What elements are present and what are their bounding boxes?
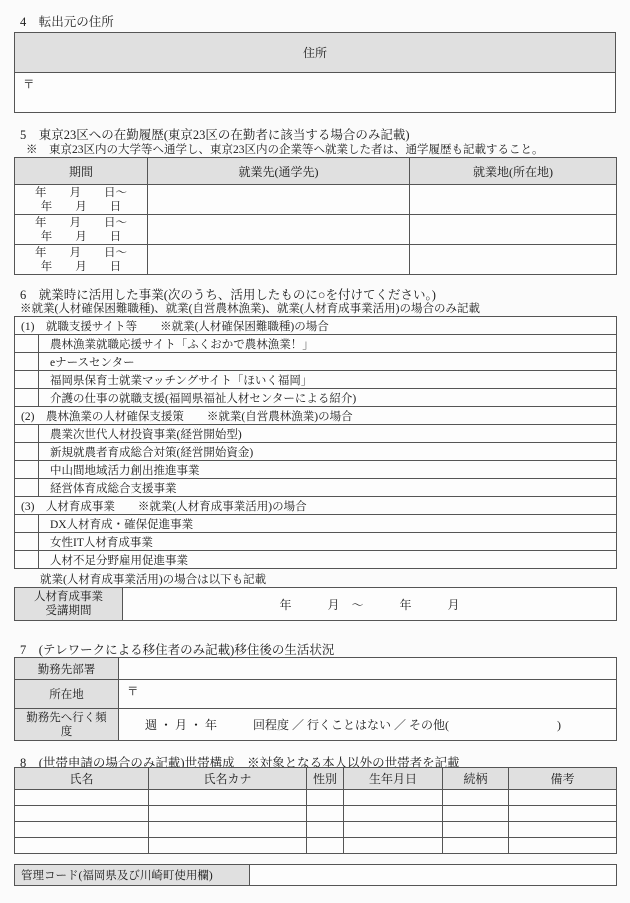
program-item-label: 福岡県保育士就業マッチングサイト「ほいく福岡」 [39, 371, 617, 389]
section4-heading: 4 転出元の住所 [20, 12, 114, 30]
workplace-input-cell[interactable] [148, 215, 410, 245]
col-header-name: 氏名 [15, 768, 149, 790]
training-followup-note: 就業(人材育成事業活用)の場合は以下も記載 [40, 571, 266, 587]
household-member-row [15, 822, 617, 838]
col-header-period: 期間 [15, 158, 148, 185]
program-item-label: 人材不足分野雇用促進事業 [39, 551, 617, 569]
program-item-label: 農林漁業就職応援サイト「ふくおかで農林漁業！」 [39, 335, 617, 353]
sex-input-cell[interactable] [307, 790, 344, 806]
name-input-cell[interactable] [15, 822, 149, 838]
program-group-1-header: (1) 就職支援サイト等 ※就業(人材確保困難職種)の場合 [15, 317, 617, 335]
sex-input-cell[interactable] [307, 838, 344, 854]
household-member-row [15, 790, 617, 806]
circle-mark-cell[interactable] [15, 479, 39, 497]
program-row: 農林漁業就職応援サイト「ふくおかで農林漁業！」 [15, 335, 617, 353]
remarks-input-cell[interactable] [509, 838, 617, 854]
remarks-input-cell[interactable] [509, 822, 617, 838]
circle-mark-cell[interactable] [15, 515, 39, 533]
program-row: 経営体育成総合支援事業 [15, 479, 617, 497]
remarks-input-cell[interactable] [509, 790, 617, 806]
household-member-row [15, 806, 617, 822]
relationship-input-cell[interactable] [443, 838, 509, 854]
relationship-input-cell[interactable] [443, 790, 509, 806]
sex-input-cell[interactable] [307, 822, 344, 838]
section5-note: ※ 東京23区内の大学等へ通学し、東京23区内の企業等へ就業した者は、通学履歴も… [26, 141, 544, 157]
period-cell[interactable]: 年 月 日～年 月 日 [15, 215, 148, 245]
section6-note: ※就業(人材確保困難職種)、就業(自営農林漁業)、就業(人材育成事業活用)の場合… [20, 300, 480, 316]
name-kana-input-cell[interactable] [149, 822, 307, 838]
program-row: 中山間地域活力創出推進事業 [15, 461, 617, 479]
program-row: eナースセンター [15, 353, 617, 371]
circle-mark-cell[interactable] [15, 461, 39, 479]
form-page: 4 転出元の住所 住所 〒 5 東京23区への在勤履歴(東京23区の在勤者に該当… [0, 0, 630, 903]
department-label: 勤務先部署 [15, 658, 119, 680]
relationship-input-cell[interactable] [443, 822, 509, 838]
program-item-label: 農業次世代人材投資事業(経営開始型) [39, 425, 617, 443]
program-row: DX人材育成・確保促進事業 [15, 515, 617, 533]
section7-heading: 7 (テレワークによる移住者のみ記載)移住後の生活状況 [20, 640, 334, 658]
office-location-label: 所在地 [15, 680, 119, 709]
telework-status-table: 勤務先部署 所在地 〒 勤務先へ行く頻度 週 ・ 月 ・ 年 回程度 ／ 行くこ… [14, 657, 617, 741]
location-input-cell[interactable] [410, 185, 617, 215]
training-period-input-cell[interactable]: 年 月 ～ 年 月 [123, 588, 617, 621]
address-column-header: 住所 [15, 33, 616, 73]
admin-code-table: 管理コード(福岡県及び川崎町使用欄) [14, 864, 617, 886]
period-cell[interactable]: 年 月 日～年 月 日 [15, 245, 148, 275]
program-row: 人材不足分野雇用促進事業 [15, 551, 617, 569]
name-kana-input-cell[interactable] [149, 838, 307, 854]
previous-address-table: 住所 〒 [14, 32, 616, 113]
work-history-table: 期間 就業先(通学先) 就業地(所在地) 年 月 日～年 月 日 年 月 日～年… [14, 157, 617, 275]
location-input-cell[interactable] [410, 245, 617, 275]
birthdate-input-cell[interactable] [344, 806, 443, 822]
circle-mark-cell[interactable] [15, 371, 39, 389]
relationship-input-cell[interactable] [443, 806, 509, 822]
col-header-relationship: 続柄 [443, 768, 509, 790]
household-table: 氏名 氏名カナ 性別 生年月日 続柄 備考 [14, 767, 617, 854]
program-item-label: 新規就農者育成総合対策(経営開始資金) [39, 443, 617, 461]
program-row: 新規就農者育成総合対策(経営開始資金) [15, 443, 617, 461]
program-group-2-header: (2) 農林漁業の人材確保支援策 ※就業(自営農林漁業)の場合 [15, 407, 617, 425]
department-input-cell[interactable] [119, 658, 617, 680]
work-history-row: 年 月 日～年 月 日 [15, 245, 617, 275]
circle-mark-cell[interactable] [15, 443, 39, 461]
remarks-input-cell[interactable] [509, 806, 617, 822]
name-input-cell[interactable] [15, 806, 149, 822]
circle-mark-cell[interactable] [15, 389, 39, 407]
utilized-programs-table: (1) 就職支援サイト等 ※就業(人材確保困難職種)の場合 農林漁業就職応援サイ… [14, 316, 617, 569]
admin-code-label: 管理コード(福岡県及び川崎町使用欄) [15, 865, 250, 886]
program-row: 農業次世代人材投資事業(経営開始型) [15, 425, 617, 443]
commute-frequency-input-cell[interactable]: 週 ・ 月 ・ 年 回程度 ／ 行くことはない ／ その他( ) [119, 709, 617, 741]
circle-mark-cell[interactable] [15, 353, 39, 371]
col-header-sex: 性別 [307, 768, 344, 790]
col-header-remarks: 備考 [509, 768, 617, 790]
circle-mark-cell[interactable] [15, 335, 39, 353]
admin-code-input-cell[interactable] [250, 865, 617, 886]
birthdate-input-cell[interactable] [344, 838, 443, 854]
col-header-name-kana: 氏名カナ [149, 768, 307, 790]
col-header-location: 就業地(所在地) [410, 158, 617, 185]
program-item-label: DX人材育成・確保促進事業 [39, 515, 617, 533]
previous-address-input-cell[interactable]: 〒 [15, 73, 616, 113]
name-input-cell[interactable] [15, 838, 149, 854]
circle-mark-cell[interactable] [15, 425, 39, 443]
commute-frequency-label: 勤務先へ行く頻度 [15, 709, 119, 741]
name-kana-input-cell[interactable] [149, 790, 307, 806]
training-period-table: 人材育成事業 受講期間 年 月 ～ 年 月 [14, 587, 617, 621]
office-location-input-cell[interactable]: 〒 [119, 680, 617, 709]
program-row: 女性IT人材育成事業 [15, 533, 617, 551]
name-kana-input-cell[interactable] [149, 806, 307, 822]
program-item-label: eナースセンター [39, 353, 617, 371]
program-item-label: 女性IT人材育成事業 [39, 533, 617, 551]
workplace-input-cell[interactable] [148, 185, 410, 215]
location-input-cell[interactable] [410, 215, 617, 245]
circle-mark-cell[interactable] [15, 533, 39, 551]
program-item-label: 中山間地域活力創出推進事業 [39, 461, 617, 479]
col-header-birthdate: 生年月日 [344, 768, 443, 790]
program-group-3-header: (3) 人材育成事業 ※就業(人材育成事業活用)の場合 [15, 497, 617, 515]
name-input-cell[interactable] [15, 790, 149, 806]
training-period-label: 人材育成事業 受講期間 [15, 588, 123, 621]
household-member-row [15, 838, 617, 854]
period-cell[interactable]: 年 月 日～年 月 日 [15, 185, 148, 215]
sex-input-cell[interactable] [307, 806, 344, 822]
work-history-row: 年 月 日～年 月 日 [15, 215, 617, 245]
workplace-input-cell[interactable] [148, 245, 410, 275]
circle-mark-cell[interactable] [15, 551, 39, 569]
program-row: 介護の仕事の就職支援(福岡県福祉人材センターによる紹介) [15, 389, 617, 407]
program-row: 福岡県保育士就業マッチングサイト「ほいく福岡」 [15, 371, 617, 389]
work-history-row: 年 月 日～年 月 日 [15, 185, 617, 215]
program-item-label: 経営体育成総合支援事業 [39, 479, 617, 497]
birthdate-input-cell[interactable] [344, 790, 443, 806]
col-header-workplace: 就業先(通学先) [148, 158, 410, 185]
program-item-label: 介護の仕事の就職支援(福岡県福祉人材センターによる紹介) [39, 389, 617, 407]
birthdate-input-cell[interactable] [344, 822, 443, 838]
